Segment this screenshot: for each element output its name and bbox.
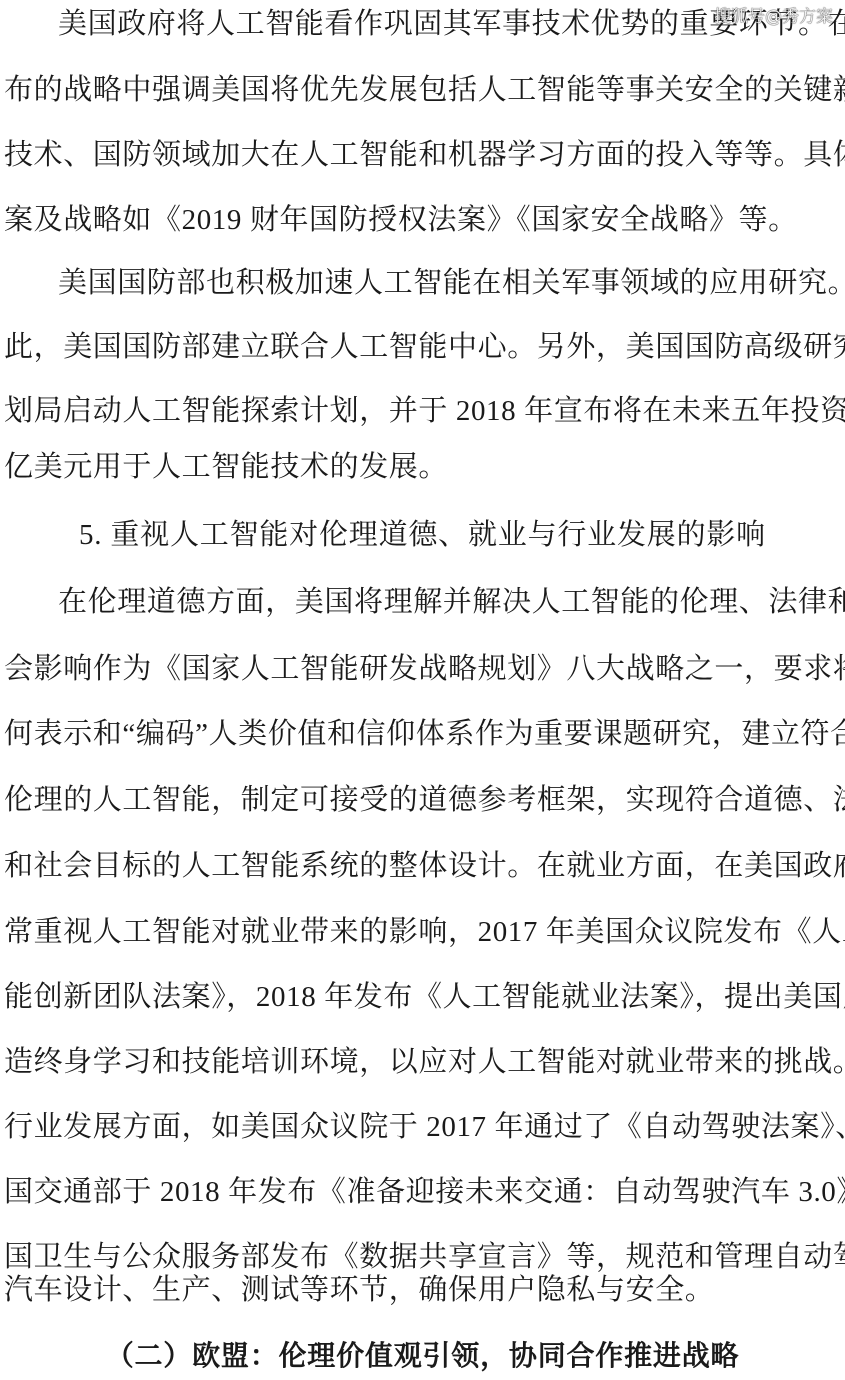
section-heading-5: 5. 重视人工智能对伦理道德、就业与行业发展的影响 <box>0 515 845 555</box>
paragraph-3-line-1: 在伦理道德方面，美国将理解并解决人工智能的伦理、法律和社 <box>58 582 842 622</box>
paragraph-1-line-3: 技术、国防领域加大在人工智能和机器学习方面的投入等等。具体法 <box>4 135 845 175</box>
paragraph-3-line-10: 国交通部于 2018 年发布《准备迎接未来交通：自动驾驶汽车 3.0》、美 <box>4 1172 845 1212</box>
paragraph-3-line-9: 行业发展方面，如美国众议院于 2017 年通过了《自动驾驶法案》、美 <box>4 1107 845 1147</box>
paragraph-1-line-4: 案及战略如《2019 财年国防授权法案》《国家安全战略》等。 <box>4 200 845 240</box>
paragraph-3-line-6: 常重视人工智能对就业带来的影响，2017 年美国众议院发布《人工智 <box>4 912 845 952</box>
paragraph-3-line-5: 和社会目标的人工智能系统的整体设计。在就业方面，在美国政府非 <box>4 846 845 886</box>
sohu-watermark: 搜狐号@秀方案 <box>714 2 833 27</box>
paragraph-3-line-3: 何表示和“编码”人类价值和信仰体系作为重要课题研究，建立符合 <box>4 714 845 754</box>
paragraph-3-line-12: 汽车设计、生产、测试等环节，确保用户隐私与安全。 <box>4 1270 845 1310</box>
paragraph-3-line-2: 会影响作为《国家人工智能研发战略规划》八大战略之一，要求将如 <box>4 649 845 689</box>
paragraph-2-line-2: 此，美国国防部建立联合人工智能中心。另外，美国国防高级研究计 <box>4 327 845 367</box>
paragraph-1-line-2: 布的战略中强调美国将优先发展包括人工智能等事关安全的关键新兴 <box>4 70 845 110</box>
paragraph-3-line-4: 伦理的人工智能，制定可接受的道德参考框架，实现符合道德、法律 <box>4 780 845 820</box>
paragraph-3-line-7: 能创新团队法案》，2018 年发布《人工智能就业法案》，提出美国应营 <box>4 977 845 1017</box>
section-heading-eu: （二）欧盟：伦理价值观引领，协同合作推进战略 <box>0 1336 845 1376</box>
paragraph-2-line-1: 美国国防部也积极加速人工智能在相关军事领域的应用研究。为 <box>58 263 842 303</box>
paragraph-3-line-8: 造终身学习和技能培训环境，以应对人工智能对就业带来的挑战。在 <box>4 1042 845 1082</box>
paragraph-2-line-4: 亿美元用于人工智能技术的发展。 <box>4 447 845 487</box>
paragraph-2-line-3: 划局启动人工智能探索计划，并于 2018 年宣布将在未来五年投资 20 <box>4 391 845 431</box>
